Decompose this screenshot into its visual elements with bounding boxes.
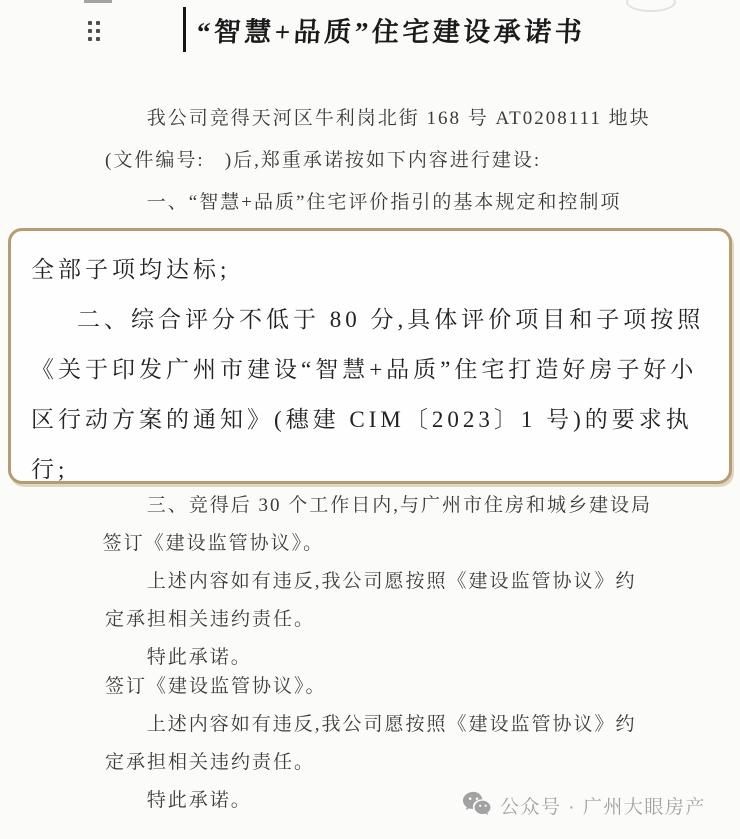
body-line: 签订《建设监管协议》。 — [95, 525, 665, 563]
body-line: 三、竞得后 30 个工作日内,与广州市住房和城乡建设局 — [105, 487, 665, 525]
page-title: “智慧+品质”住宅建设承诺书 — [196, 10, 586, 49]
body-line: 签订《建设监管协议》。 — [105, 668, 665, 706]
body-line: 定承担相关违约责任。 — [105, 744, 665, 782]
intro-line: 我公司竞得天河区牛利岗北街 168 号 AT0208111 地块 — [105, 98, 665, 140]
box-line: 全部子项均达标; — [31, 245, 711, 295]
box-line: 区行动方案的通知》(穗建 CIM〔2023〕1 号)的要求执行; — [31, 395, 711, 495]
intro-line: 一、“智慧+品质”住宅评价指引的基本规定和控制项 — [105, 182, 665, 224]
body-line: 定承担相关违约责任。 — [105, 601, 665, 639]
body-line: 上述内容如有违反,我公司愿按照《建设监管协议》约 — [105, 563, 665, 601]
wechat-icon — [462, 791, 492, 819]
intro-section: 我公司竞得天河区牛利岗北街 168 号 AT0208111 地块 (文件编号: … — [105, 98, 665, 224]
dots-grid-icon — [88, 21, 100, 42]
title-accent-bar — [183, 7, 186, 52]
box-line: 二、综合评分不低于 80 分,具体评价项目和子项按照 — [31, 295, 711, 345]
scan-artifact-top-right — [626, 0, 676, 12]
intro-line: (文件编号: )后,郑重承诺按如下内容进行建设: — [105, 140, 665, 182]
watermark-text: 公众号 · 广州大眼房产 — [500, 792, 706, 819]
box-line: 《关于印发广州市建设“智慧+品质”住宅打造好房子好小 — [31, 345, 711, 395]
watermark: 公众号 · 广州大眼房产 — [462, 788, 706, 822]
scan-artifact-top-left — [84, 0, 112, 3]
body-line: 上述内容如有违反,我公司愿按照《建设监管协议》约 — [105, 706, 665, 744]
highlight-box: 全部子项均达标; 二、综合评分不低于 80 分,具体评价项目和子项按照 《关于印… — [8, 228, 732, 484]
body-section: 三、竞得后 30 个工作日内,与广州市住房和城乡建设局 签订《建设监管协议》。 … — [105, 487, 665, 820]
